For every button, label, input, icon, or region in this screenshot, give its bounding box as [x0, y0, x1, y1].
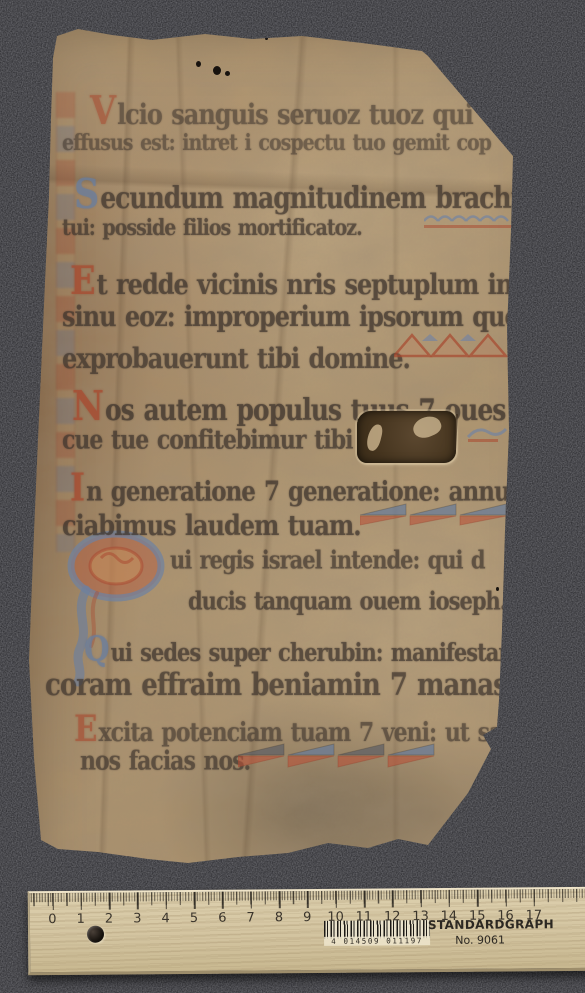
ruler-number: 2 [105, 912, 113, 927]
cm-tick [52, 893, 54, 910]
ruler-number: 0 [48, 912, 56, 927]
cm-tick [449, 890, 451, 907]
cm-tick [250, 891, 252, 908]
line-filler [238, 742, 470, 770]
cm-tick [222, 892, 224, 909]
line-text: ui sedes super cherubin: manifestare [111, 637, 521, 667]
parchment-hole [357, 411, 456, 463]
cm-tick [335, 891, 337, 908]
line-text: effusus est: intret i cospectu tuo gemit… [62, 130, 491, 156]
manuscript-line: exprobauerunt tibi domine. [62, 341, 410, 375]
line-text: os autem populus tuus 7 oues pas [105, 393, 560, 427]
line-text: ciabimus laudem tuam. [62, 508, 361, 542]
manuscript-line: Qui sedes super cherubin: manifestare [84, 628, 521, 669]
brand-model: No. 9061 [428, 933, 532, 947]
line-text: tui: posside filios mortificatoz. [62, 215, 362, 241]
cm-tick [165, 892, 167, 909]
manuscript-line: sinu eoz: improperium ipsorum quod [62, 299, 535, 333]
line-text: ui regis israel intende: qui d [170, 545, 485, 575]
rubricated-initial: S [74, 170, 100, 218]
manuscript-line: coram effraim beniamin 7 manasse [45, 668, 536, 703]
line-text: ecundum magnitudinem brachii [100, 181, 527, 215]
line-text: exprobauerunt tibi domine. [62, 341, 410, 375]
line-filler [394, 332, 512, 358]
ink-spot [196, 61, 201, 67]
manuscript-line: tui: posside filios mortificatoz. [62, 215, 362, 241]
line-text: nos facias nos. [80, 746, 250, 777]
ruler-hole [87, 926, 104, 943]
ink-spot [265, 37, 268, 40]
parchment-leaf: Vlcio sanguis seruoz tuoz quieffusus est… [0, 0, 585, 993]
rubricated-initial: N [72, 382, 105, 430]
ruler-number: 4 [161, 911, 169, 926]
cm-tick [420, 890, 422, 907]
manuscript-line: Et redde vicinis nris septuplum in [70, 256, 512, 303]
rubricated-initial: Q [84, 628, 111, 669]
cm-tick [392, 890, 394, 907]
line-filler [466, 424, 508, 444]
ink-spot [225, 71, 230, 76]
ink-spot [213, 66, 221, 75]
ruler-number: 3 [133, 911, 141, 926]
cm-tick [109, 893, 111, 910]
photo-stage: Vlcio sanguis seruoz tuoz quieffusus est… [0, 0, 585, 993]
line-text: sinu eoz: improperium ipsorum quod [62, 299, 535, 333]
ruler-number: 9 [303, 910, 311, 925]
cm-tick [505, 889, 507, 906]
cm-tick [534, 889, 536, 906]
manuscript-line: ui regis israel intende: qui d [170, 545, 485, 575]
cm-tick [307, 891, 309, 908]
line-text: ducis tanquam ouem ioseph. [188, 586, 506, 616]
ruler: 01234567891011121314151617 4 014509 0111… [28, 887, 585, 975]
rubricated-initial: V [90, 86, 117, 133]
ruler-number: 7 [246, 910, 254, 925]
manuscript-line: effusus est: intret i cospectu tuo gemit… [62, 130, 491, 156]
ruler-number: 6 [218, 911, 226, 926]
line-text: t redde vicinis nris septuplum in [97, 267, 513, 301]
cm-tick [364, 891, 366, 908]
ruler-number: 5 [190, 911, 198, 926]
cm-tick [477, 890, 479, 907]
line-text: coram effraim beniamin 7 manasse [45, 668, 536, 703]
manuscript-line: ducis tanquam ouem ioseph. [188, 586, 506, 616]
ruler-brand: STANDARDGRAPH No. 9061 [428, 917, 532, 947]
barcode-digits: 4 014509 011197 [324, 936, 430, 946]
barcode: 4 014509 011197 [324, 920, 430, 947]
manuscript-line: ciabimus laudem tuam. [62, 508, 361, 542]
manuscript-line: cue tue confitebimur tibi [62, 425, 352, 456]
parchment-slit [454, 414, 458, 450]
cm-tick [194, 892, 196, 909]
line-filler [360, 502, 508, 528]
ruler-number: 1 [77, 912, 85, 927]
rubricated-initial: E [70, 256, 97, 303]
brand-name: STANDARDGRAPH [428, 917, 532, 932]
cm-tick [137, 892, 139, 909]
line-text: lcio sanguis seruoz tuoz qui [117, 97, 473, 131]
cm-tick [279, 891, 281, 908]
line-filler [424, 212, 512, 230]
ruler-number: 8 [275, 910, 283, 925]
cm-tick [81, 893, 83, 910]
rubricated-initial: I [70, 465, 86, 510]
manuscript-line: Vlcio sanguis seruoz tuoz qui [90, 86, 473, 133]
ink-spot [496, 587, 499, 591]
line-text: cue tue confitebimur tibi [62, 425, 352, 456]
rubricated-initial: E [74, 708, 98, 750]
manuscript-line: nos facias nos. [80, 746, 250, 777]
